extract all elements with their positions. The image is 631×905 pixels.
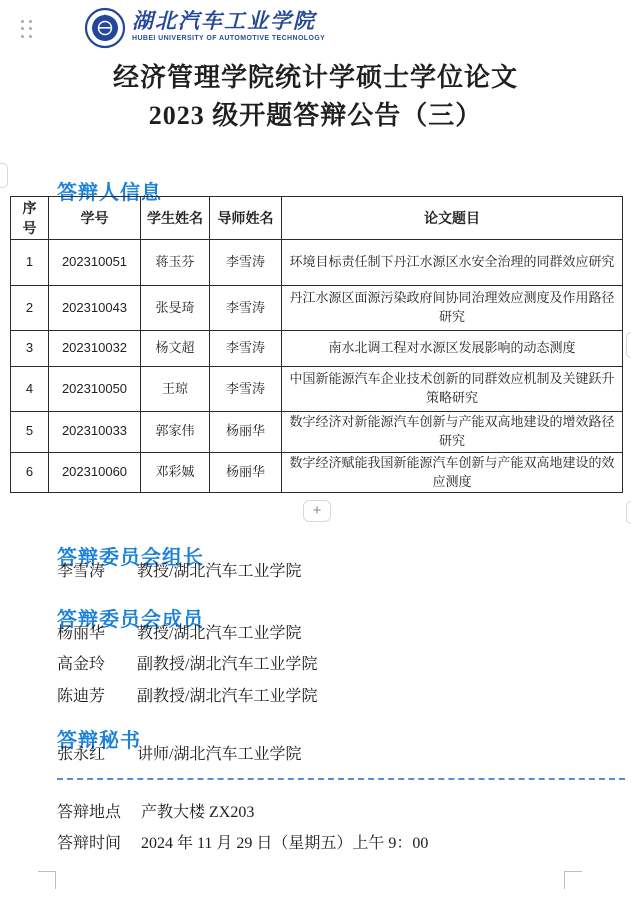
add-column-button[interactable] <box>626 501 631 524</box>
person-name: 张永红 <box>57 741 133 764</box>
location-value: 产教大楼 ZX203 <box>141 804 254 821</box>
table-row: 3 202310032 杨文超 李雪涛 南水北调工程对水源区发展影响的动态测度 <box>11 331 623 367</box>
time-label: 答辩时间 <box>57 830 121 853</box>
cell-advisor-name: 李雪涛 <box>210 286 282 331</box>
cell-student-id: 202310032 <box>49 331 141 367</box>
add-row-button[interactable]: + <box>303 500 331 522</box>
col-header-thesis-title: 论文题目 <box>282 197 623 240</box>
person-name: 李雪涛 <box>57 558 133 581</box>
university-emblem-icon <box>84 7 126 49</box>
table-row: 4 202310050 王琼 李雪涛 中国新能源汽车企业技术创新的同群效应机制及… <box>11 367 623 412</box>
person-title: 副教授/湖北汽车工业学院 <box>137 651 317 674</box>
cell-thesis-title: 数字经济对新能源汽车创新与产能双高地建设的增效路径研究 <box>282 412 623 453</box>
cell-student-name: 张旻琦 <box>141 286 210 331</box>
cell-thesis-title: 南水北调工程对水源区发展影响的动态测度 <box>282 331 623 367</box>
doc-title-line2: 2023 级开题答辩公告（三） <box>0 95 631 132</box>
cell-advisor-name: 李雪涛 <box>210 240 282 286</box>
col-header-student-id: 学号 <box>49 197 141 240</box>
table-row: 5 202310033 郭家伟 杨丽华 数字经济对新能源汽车创新与产能双高地建设… <box>11 412 623 453</box>
table-header-row: 序号 学号 学生姓名 导师姓名 论文题目 <box>11 197 623 240</box>
block-side-button-left[interactable] <box>0 163 8 188</box>
document-page: 湖北汽车工业学院 HUBEI UNIVERSITY OF AUTOMOTIVE … <box>0 0 631 905</box>
cell-student-name: 蒋玉芬 <box>141 240 210 286</box>
person-title: 讲师/湖北汽车工业学院 <box>137 741 301 764</box>
cell-student-id: 202310050 <box>49 367 141 412</box>
drag-handle-icon[interactable] <box>21 20 33 39</box>
table-row: 2 202310043 张旻琦 李雪涛 丹江水源区面源污染政府间协同治理效应测度… <box>11 286 623 331</box>
logo-text: 湖北汽车工业学院 HUBEI UNIVERSITY OF AUTOMOTIVE … <box>132 7 325 42</box>
table-row: 1 202310051 蒋玉芬 李雪涛 环境目标责任制下丹江水源区水安全治理的同… <box>11 240 623 286</box>
time-value: 2024 年 11 月 29 日（星期五）上午 9：00 <box>141 835 428 852</box>
person-line-member: 高金玲 副教授/湖北汽车工业学院 <box>57 651 317 674</box>
table-row: 6 202310060 邓彩娍 杨丽华 数字经济赋能我国新能源汽车创新与产能双高… <box>11 452 623 493</box>
cell-thesis-title: 环境目标责任制下丹江水源区水安全治理的同群效应研究 <box>282 240 623 286</box>
cell-student-id: 202310051 <box>49 240 141 286</box>
cell-index: 6 <box>11 452 49 493</box>
cell-student-name: 王琼 <box>141 367 210 412</box>
person-title: 教授/湖北汽车工业学院 <box>137 558 301 581</box>
location-label: 答辩地点 <box>57 799 121 822</box>
cell-advisor-name: 杨丽华 <box>210 412 282 453</box>
person-line-member: 杨丽华 教授/湖北汽车工业学院 <box>57 620 301 643</box>
cell-student-id: 202310060 <box>49 452 141 493</box>
cell-advisor-name: 李雪涛 <box>210 331 282 367</box>
defense-location-line: 答辩地点 产教大楼 ZX203 <box>57 799 254 822</box>
person-name: 陈迪芳 <box>57 683 133 706</box>
margin-corner-mark-right <box>564 871 582 889</box>
cell-student-name: 杨文超 <box>141 331 210 367</box>
cell-index: 2 <box>11 286 49 331</box>
university-logo: 湖北汽车工业学院 HUBEI UNIVERSITY OF AUTOMOTIVE … <box>84 7 325 49</box>
logo-en-text: HUBEI UNIVERSITY OF AUTOMOTIVE TECHNOLOG… <box>132 35 325 42</box>
cell-student-name: 邓彩娍 <box>141 452 210 493</box>
cell-index: 1 <box>11 240 49 286</box>
col-header-student-name: 学生姓名 <box>141 197 210 240</box>
col-header-index: 序号 <box>11 197 49 240</box>
cell-student-name: 郭家伟 <box>141 412 210 453</box>
cell-thesis-title: 中国新能源汽车企业技术创新的同群效应机制及关键跃升策略研究 <box>282 367 623 412</box>
doc-title-line1: 经济管理学院统计学硕士学位论文 <box>0 57 631 94</box>
person-title: 教授/湖北汽车工业学院 <box>137 620 301 643</box>
table-side-button[interactable] <box>626 332 631 358</box>
cell-index: 5 <box>11 412 49 453</box>
defenders-table: 序号 学号 学生姓名 导师姓名 论文题目 1 202310051 蒋玉芬 李雪涛… <box>10 196 623 493</box>
person-name: 高金玲 <box>57 651 133 674</box>
dashed-divider <box>57 778 625 780</box>
col-header-advisor-name: 导师姓名 <box>210 197 282 240</box>
person-name: 杨丽华 <box>57 620 133 643</box>
cell-thesis-title: 数字经济赋能我国新能源汽车创新与产能双高地建设的效应测度 <box>282 452 623 493</box>
cell-thesis-title: 丹江水源区面源污染政府间协同治理效应测度及作用路径研究 <box>282 286 623 331</box>
defense-time-line: 答辩时间 2024 年 11 月 29 日（星期五）上午 9：00 <box>57 830 428 853</box>
logo-cn-text: 湖北汽车工业学院 <box>132 10 325 33</box>
cell-student-id: 202310033 <box>49 412 141 453</box>
margin-corner-mark-left <box>38 871 56 889</box>
person-line-member: 陈迪芳 副教授/湖北汽车工业学院 <box>57 683 317 706</box>
person-title: 副教授/湖北汽车工业学院 <box>137 683 317 706</box>
cell-index: 4 <box>11 367 49 412</box>
cell-advisor-name: 李雪涛 <box>210 367 282 412</box>
cell-student-id: 202310043 <box>49 286 141 331</box>
person-line-chair: 李雪涛 教授/湖北汽车工业学院 <box>57 558 301 581</box>
cell-index: 3 <box>11 331 49 367</box>
person-line-secretary: 张永红 讲师/湖北汽车工业学院 <box>57 741 301 764</box>
cell-advisor-name: 杨丽华 <box>210 452 282 493</box>
